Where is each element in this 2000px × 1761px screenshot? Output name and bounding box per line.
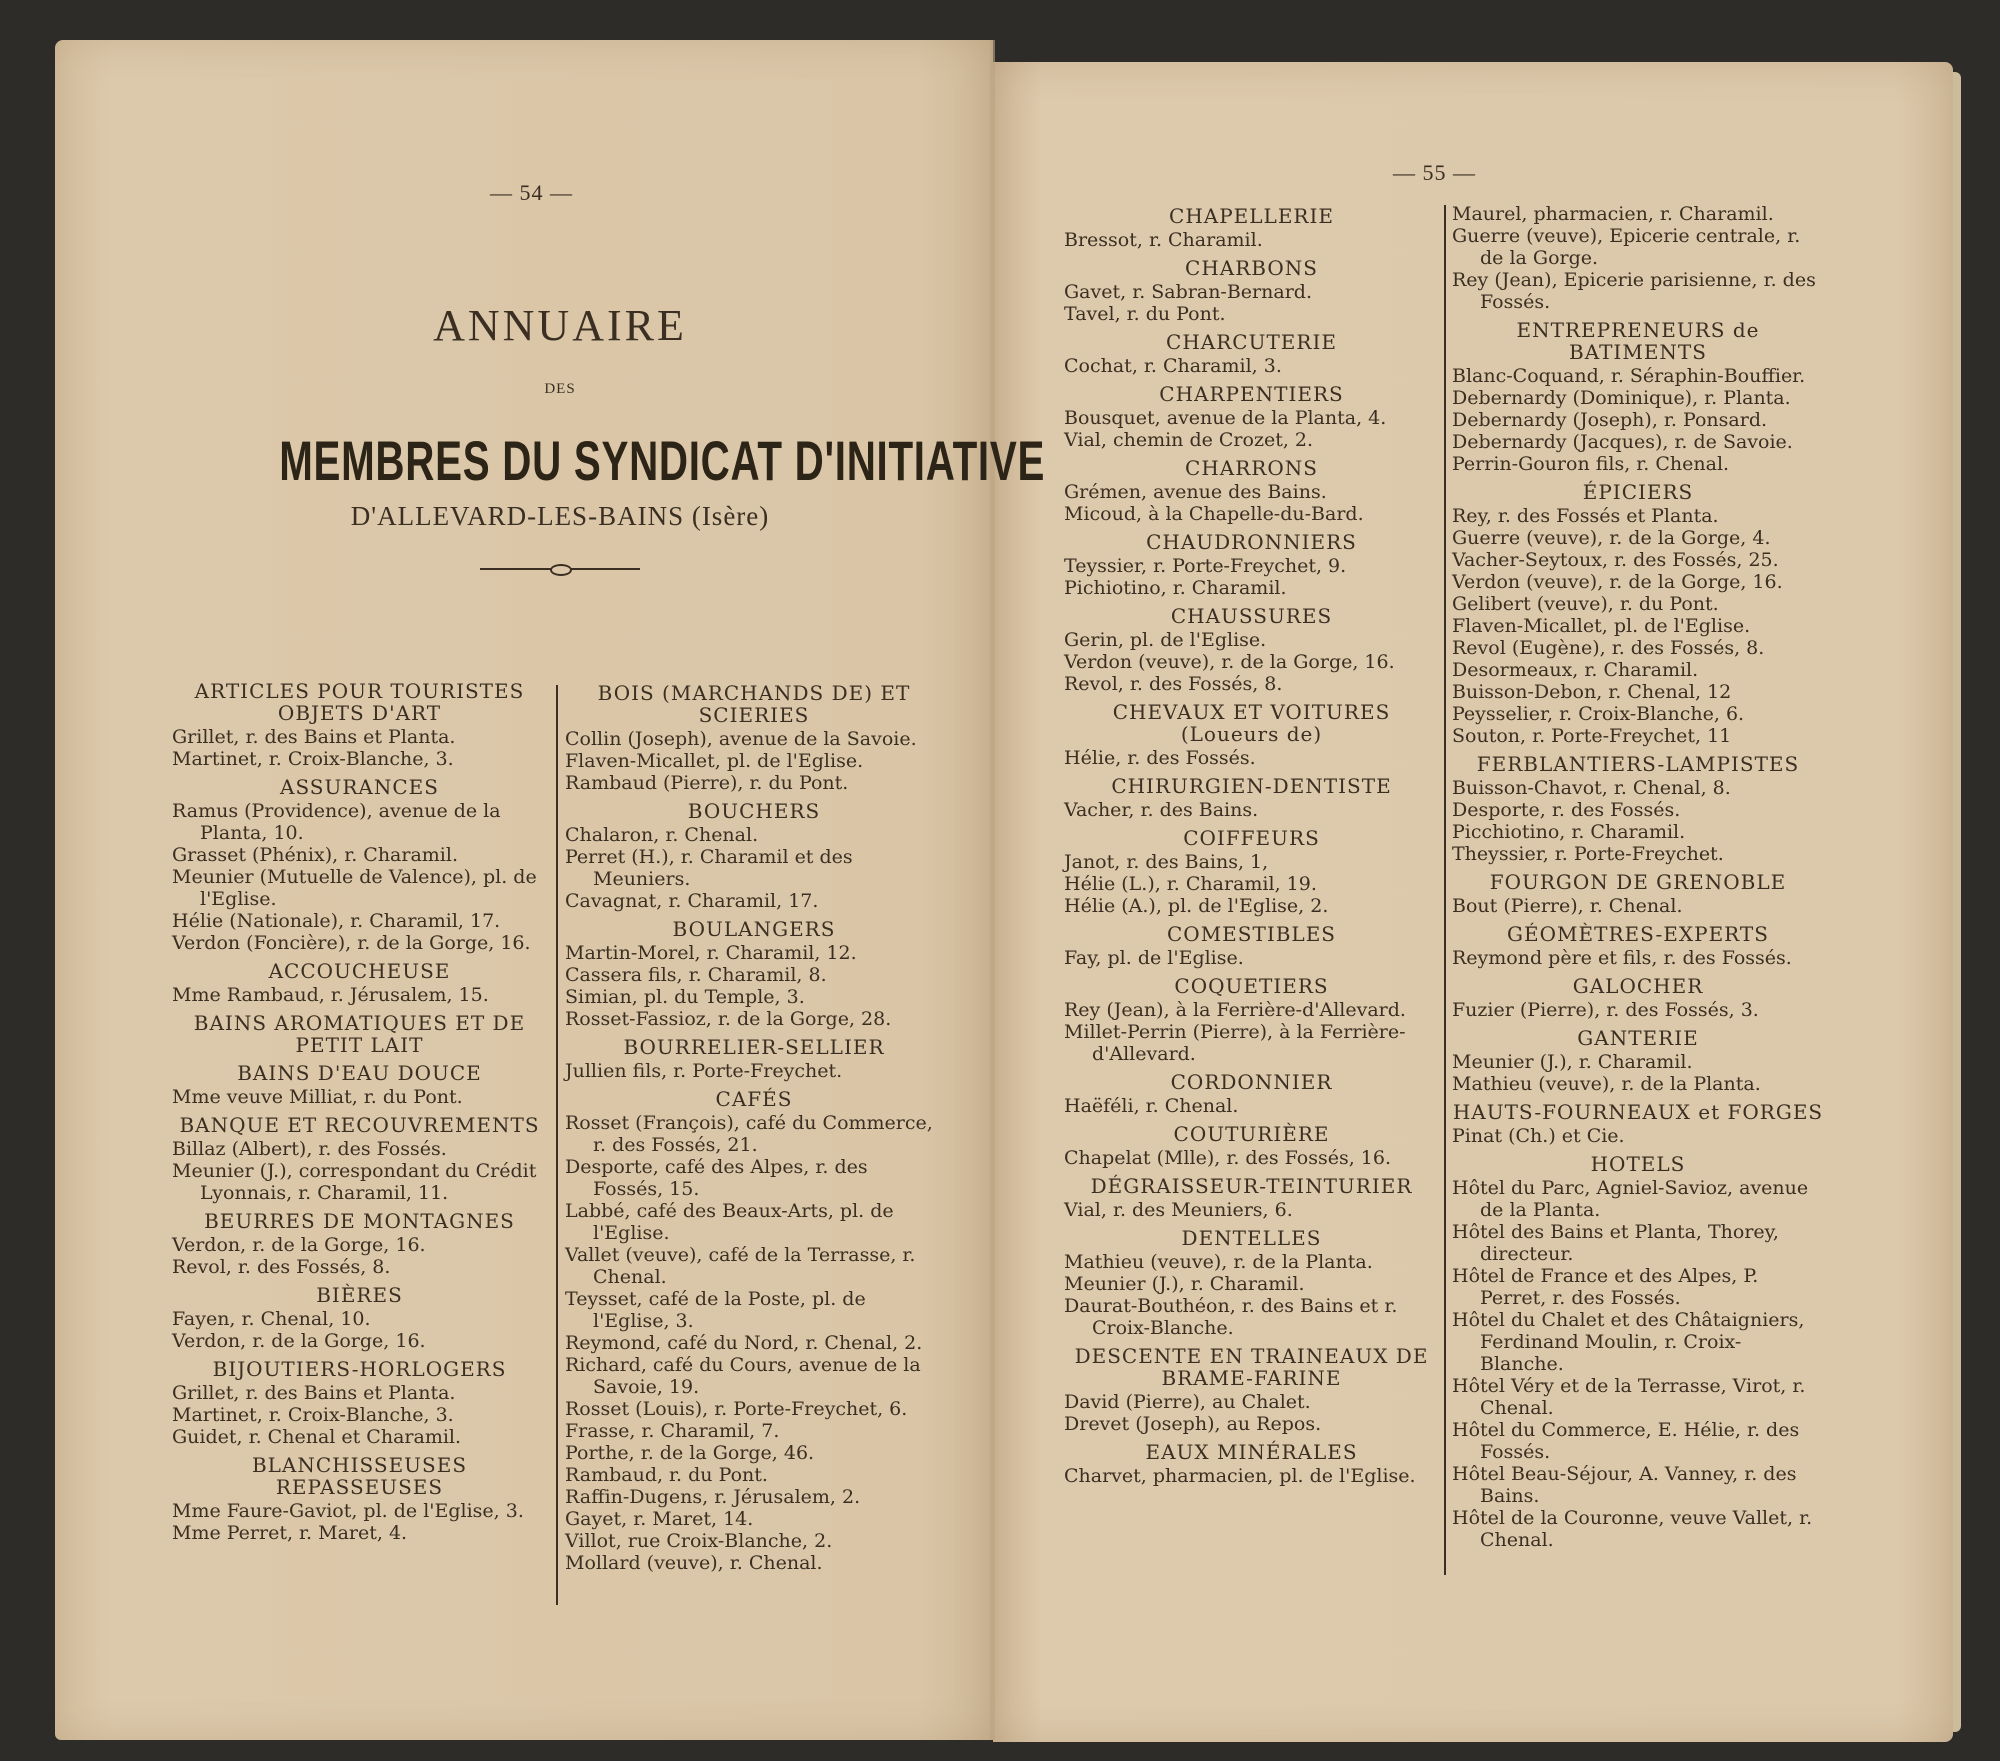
column-3: CHAPELLERIEBressot, r. Charamil.CHARBONS… [1064,205,1439,1487]
directory-section: BLANCHISSEUSES REPASSEUSESMme Faure-Gavi… [172,1454,547,1544]
directory-entry: Labbé, café des Beaux-Arts, pl. de l'Egl… [565,1200,943,1244]
directory-entry: Guerre (veuve), r. de la Gorge, 4. [1452,527,1824,549]
directory-section: CORDONNIERHaëféli, r. Chenal. [1064,1071,1439,1117]
directory-section: CHAUSSURESGerin, pl. de l'Eglise.Verdon … [1064,605,1439,695]
directory-entry: Hélie, r. des Fossés. [1064,747,1439,769]
directory-entry: Rosset (Louis), r. Porte-Freychet, 6. [565,1398,943,1420]
directory-section: CHARCUTERIECochat, r. Charamil, 3. [1064,331,1439,377]
directory-entry: Peysselier, r. Croix-Blanche, 6. [1452,703,1824,725]
title-block: ANNUAIRE DES MEMBRES DU SYNDICAT D'INITI… [170,300,950,576]
directory-entry: Millet-Perrin (Pierre), à la Ferrière-d'… [1064,1021,1439,1065]
directory-entry: Billaz (Albert), r. des Fossés. [172,1138,547,1160]
column-2: BOIS (MARCHANDS DE) ET SCIERIESCollin (J… [565,682,943,1574]
directory-entry: Guerre (veuve), Epicerie centrale, r. de… [1452,225,1824,269]
directory-section: CHARRONSGrémen, avenue des Bains.Micoud,… [1064,457,1439,525]
directory-entry: Mathieu (veuve), r. de la Planta. [1064,1251,1439,1273]
directory-entry: Meunier (J.), r. Charamil. [1064,1273,1439,1295]
directory-section: ARTICLES POUR TOURISTES OBJETS D'ARTGril… [172,680,547,770]
directory-entry: Grillet, r. des Bains et Planta. [172,726,547,748]
directory-entry: Gayet, r. Maret, 14. [565,1508,943,1530]
directory-entry: Martinet, r. Croix-Blanche, 3. [172,748,547,770]
section-heading: CHAUDRONNIERS [1064,531,1439,553]
directory-section: CAFÉSRosset (François), café du Commerce… [565,1088,943,1574]
section-heading: CHAUSSURES [1064,605,1439,627]
section-heading: CHEVAUX ET VOITURES (Loueurs de) [1064,701,1439,745]
directory-entry: Collin (Joseph), avenue de la Savoie. [565,728,943,750]
directory-entry: Mme veuve Milliat, r. du Pont. [172,1086,547,1108]
directory-entry: Hélie (L.), r. Charamil, 19. [1064,873,1439,895]
directory-entry: Janot, r. des Bains, 1, [1064,851,1439,873]
directory-entry: Hôtel des Bains et Planta, Thorey, direc… [1452,1221,1824,1265]
directory-entry: Charvet, pharmacien, pl. de l'Eglise. [1064,1465,1439,1487]
directory-entry: Hôtel de France et des Alpes, P. Perret,… [1452,1265,1824,1309]
section-heading: EAUX MINÉRALES [1064,1441,1439,1463]
directory-entry: Verdon (Foncière), r. de la Gorge, 16. [172,932,547,954]
directory-entry: Verdon, r. de la Gorge, 16. [172,1330,547,1352]
directory-entry: Haëféli, r. Chenal. [1064,1095,1439,1117]
section-heading: DENTELLES [1064,1227,1439,1249]
section-heading: CHIRURGIEN-DENTISTE [1064,775,1439,797]
directory-entry: Richard, café du Cours, avenue de la Sav… [565,1354,943,1398]
directory-entry: Rambaud (Pierre), r. du Pont. [565,772,943,794]
directory-entry: Raffin-Dugens, r. Jérusalem, 2. [565,1486,943,1508]
section-heading: COUTURIÈRE [1064,1123,1439,1145]
directory-section: HAUTS-FOURNEAUX et FORGESPinat (Ch.) et … [1452,1101,1824,1147]
directory-entry: Rosset (François), café du Commerce, r. … [565,1112,943,1156]
directory-section: BAINS D'EAU DOUCEMme veuve Milliat, r. d… [172,1062,547,1108]
column-1: ARTICLES POUR TOURISTES OBJETS D'ARTGril… [172,680,547,1544]
column-rule [1444,205,1446,1575]
page-number-right: — 55 — [1393,160,1476,186]
directory-entry: Meunier (J.), r. Charamil. [1452,1051,1824,1073]
section-heading: COMESTIBLES [1064,923,1439,945]
directory-entry: Fayen, r. Chenal, 10. [172,1308,547,1330]
section-heading: BOURRELIER-SELLIER [565,1036,943,1058]
directory-entry: Guidet, r. Chenal et Charamil. [172,1426,547,1448]
directory-entry: Hôtel Beau-Séjour, A. Vanney, r. des Bai… [1452,1463,1824,1507]
directory-section: COUTURIÈREChapelat (Mlle), r. des Fossés… [1064,1123,1439,1169]
directory-entry: Hélie (Nationale), r. Charamil, 17. [172,910,547,932]
section-heading: BAINS D'EAU DOUCE [172,1062,547,1084]
directory-entry: Rosset-Fassioz, r. de la Gorge, 28. [565,1008,943,1030]
directory-entry: Pichiotino, r. Charamil. [1064,577,1439,599]
section-heading: ÉPICIERS [1452,481,1824,503]
section-heading: CHARCUTERIE [1064,331,1439,353]
directory-entry: Meunier (Mutuelle de Valence), pl. de l'… [172,866,547,910]
directory-entry: Daurat-Bouthéon, r. des Bains et r. Croi… [1064,1295,1439,1339]
directory-section: GALOCHERFuzier (Pierre), r. des Fossés, … [1452,975,1824,1021]
directory-entry: Perrin-Gouron fils, r. Chenal. [1452,453,1824,475]
directory-section: CHARPENTIERSBousquet, avenue de la Plant… [1064,383,1439,451]
title-annuaire: ANNUAIRE [170,300,950,351]
title-subtitle: D'ALLEVARD-LES-BAINS (Isère) [170,501,950,532]
directory-entry: Vacher, r. des Bains. [1064,799,1439,821]
section-heading: CHARPENTIERS [1064,383,1439,405]
directory-entry: Debernardy (Dominique), r. Planta. [1452,387,1824,409]
section-heading: HOTELS [1452,1153,1824,1175]
directory-entry: Vial, chemin de Crozet, 2. [1064,429,1439,451]
title-des: DES [170,381,950,398]
directory-section: COIFFEURSJanot, r. des Bains, 1,Hélie (L… [1064,827,1439,917]
directory-entry: Theyssier, r. Porte-Freychet. [1452,843,1824,865]
directory-entry: Vial, r. des Meuniers, 6. [1064,1199,1439,1221]
directory-section: CHIRURGIEN-DENTISTEVacher, r. des Bains. [1064,775,1439,821]
directory-entry: Picchiotino, r. Charamil. [1452,821,1824,843]
section-heading: BOIS (MARCHANDS DE) ET SCIERIES [565,682,943,726]
directory-entry: Gavet, r. Sabran-Bernard. [1064,281,1439,303]
section-heading: DESCENTE EN TRAINEAUX DE BRAME-FARINE [1064,1345,1439,1389]
directory-entry: Desporte, café des Alpes, r. des Fossés,… [565,1156,943,1200]
directory-entry: Debernardy (Jacques), r. de Savoie. [1452,431,1824,453]
directory-entry: Drevet (Joseph), au Repos. [1064,1413,1439,1435]
directory-section: CHAUDRONNIERSTeyssier, r. Porte-Freychet… [1064,531,1439,599]
directory-entry: Rambaud, r. du Pont. [565,1464,943,1486]
section-heading: CAFÉS [565,1088,943,1110]
directory-entry: Desormeaux, r. Charamil. [1452,659,1824,681]
section-heading: CORDONNIER [1064,1071,1439,1093]
directory-entry: Buisson-Chavot, r. Chenal, 8. [1452,777,1824,799]
section-heading: BAINS AROMATIQUES ET DE PETIT LAIT [172,1012,547,1056]
directory-entry: Micoud, à la Chapelle-du-Bard. [1064,503,1439,525]
directory-entry: Simian, pl. du Temple, 3. [565,986,943,1008]
directory-entry: Grémen, avenue des Bains. [1064,481,1439,503]
section-heading: BEURRES DE MONTAGNES [172,1210,547,1232]
directory-section: FERBLANTIERS-LAMPISTESBuisson-Chavot, r.… [1452,753,1824,865]
directory-entry: Vacher-Seytoux, r. des Fossés, 25. [1452,549,1824,571]
directory-entry: Hélie (A.), pl. de l'Eglise, 2. [1064,895,1439,917]
directory-entry: Hôtel Véry et de la Terrasse, Virot, r. … [1452,1375,1824,1419]
section-heading: GALOCHER [1452,975,1824,997]
directory-entry: Gerin, pl. de l'Eglise. [1064,629,1439,651]
directory-section: BIJOUTIERS-HORLOGERSGrillet, r. des Bain… [172,1358,547,1448]
directory-entry: Bressot, r. Charamil. [1064,229,1439,251]
section-heading: BIÈRES [172,1284,547,1306]
section-heading: ACCOUCHEUSE [172,960,547,982]
directory-section: HOTELSHôtel du Parc, Agniel-Savioz, aven… [1452,1153,1824,1551]
directory-entry: Hôtel de la Couronne, veuve Vallet, r. C… [1452,1507,1824,1551]
directory-section: CHAPELLERIEBressot, r. Charamil. [1064,205,1439,251]
section-heading: GANTERIE [1452,1027,1824,1049]
column-4: Maurel, pharmacien, r. Charamil.Guerre (… [1452,203,1824,1551]
section-heading: COQUETIERS [1064,975,1439,997]
directory-entry: Chapelat (Mlle), r. des Fossés, 16. [1064,1147,1439,1169]
directory-entry: Teyssier, r. Porte-Freychet, 9. [1064,555,1439,577]
directory-entry: Teysset, café de la Poste, pl. de l'Egli… [565,1288,943,1332]
directory-section: BOULANGERSMartin-Morel, r. Charamil, 12.… [565,918,943,1030]
directory-entry: Bousquet, avenue de la Planta, 4. [1064,407,1439,429]
section-heading: CHARRONS [1064,457,1439,479]
directory-entry: Hôtel du Parc, Agniel-Savioz, avenue de … [1452,1177,1824,1221]
directory-entry: Jullien fils, r. Porte-Freychet. [565,1060,943,1082]
directory-entry: Cochat, r. Charamil, 3. [1064,355,1439,377]
section-heading: HAUTS-FOURNEAUX et FORGES [1452,1101,1824,1123]
directory-entry: Cassera fils, r. Charamil, 8. [565,964,943,986]
directory-entry: Pinat (Ch.) et Cie. [1452,1125,1824,1147]
directory-section: EAUX MINÉRALESCharvet, pharmacien, pl. d… [1064,1441,1439,1487]
section-heading: FOURGON DE GRENOBLE [1452,871,1824,893]
directory-section: CHARBONSGavet, r. Sabran-Bernard.Tavel, … [1064,257,1439,325]
directory-entry: Villot, rue Croix-Blanche, 2. [565,1530,943,1552]
directory-entry: David (Pierre), au Chalet. [1064,1391,1439,1413]
directory-section: FOURGON DE GRENOBLEBout (Pierre), r. Che… [1452,871,1824,917]
directory-entry: Rey (Jean), Epicerie parisienne, r. des … [1452,269,1824,313]
section-heading: CHAPELLERIE [1064,205,1439,227]
directory-entry: Martin-Morel, r. Charamil, 12. [565,942,943,964]
directory-section: BOIS (MARCHANDS DE) ET SCIERIESCollin (J… [565,682,943,794]
directory-entry: Buisson-Debon, r. Chenal, 12 [1452,681,1824,703]
directory-section: COQUETIERSRey (Jean), à la Ferrière-d'Al… [1064,975,1439,1065]
section-heading: ASSURANCES [172,776,547,798]
directory-entry: Gelibert (veuve), r. du Pont. [1452,593,1824,615]
directory-entry: Rey (Jean), à la Ferrière-d'Allevard. [1064,999,1439,1021]
directory-section: ASSURANCESRamus (Providence), avenue de … [172,776,547,954]
section-heading: ARTICLES POUR TOURISTES OBJETS D'ART [172,680,547,724]
directory-entry: Maurel, pharmacien, r. Charamil. [1452,203,1824,225]
directory-entry: Hôtel du Commerce, E. Hélie, r. des Foss… [1452,1419,1824,1463]
directory-entry: Revol, r. des Fossés, 8. [172,1256,547,1278]
directory-entry: Desporte, r. des Fossés. [1452,799,1824,821]
directory-section: CHEVAUX ET VOITURES (Loueurs de)Hélie, r… [1064,701,1439,769]
directory-section: DENTELLESMathieu (veuve), r. de la Plant… [1064,1227,1439,1339]
section-heading: BOUCHERS [565,800,943,822]
section-heading: BLANCHISSEUSES REPASSEUSES [172,1454,547,1498]
book-spine [990,40,995,1740]
directory-entry: Martinet, r. Croix-Blanche, 3. [172,1404,547,1426]
directory-entry: Mme Faure-Gaviot, pl. de l'Eglise, 3. [172,1500,547,1522]
directory-section: ÉPICIERSRey, r. des Fossés et Planta.Gue… [1452,481,1824,747]
ornament-divider [480,562,640,576]
directory-section: BOURRELIER-SELLIERJullien fils, r. Porte… [565,1036,943,1082]
directory-entry: Bout (Pierre), r. Chenal. [1452,895,1824,917]
directory-entry: Souton, r. Porte-Freychet, 11 [1452,725,1824,747]
section-heading: BANQUE ET RECOUVREMENTS [172,1114,547,1136]
title-main: MEMBRES DU SYNDICAT D'INITIATIVE [279,428,841,493]
directory-entry: Verdon, r. de la Gorge, 16. [172,1234,547,1256]
directory-entry: Mme Rambaud, r. Jérusalem, 15. [172,984,547,1006]
section-heading: BOULANGERS [565,918,943,940]
directory-entry: Revol (Eugène), r. des Fossés, 8. [1452,637,1824,659]
directory-entry: Grasset (Phénix), r. Charamil. [172,844,547,866]
directory-section: BOUCHERSChalaron, r. Chenal.Perret (H.),… [565,800,943,912]
directory-entry: Frasse, r. Charamil, 7. [565,1420,943,1442]
directory-entry: Blanc-Coquand, r. Séraphin-Bouffier. [1452,365,1824,387]
directory-entry: Fuzier (Pierre), r. des Fossés, 3. [1452,999,1824,1021]
directory-entry: Fay, pl. de l'Eglise. [1064,947,1439,969]
directory-entry: Rey, r. des Fossés et Planta. [1452,505,1824,527]
directory-section: GÉOMÈTRES-EXPERTSReymond père et fils, r… [1452,923,1824,969]
directory-entry: Cavagnat, r. Charamil, 17. [565,890,943,912]
directory-section: Maurel, pharmacien, r. Charamil.Guerre (… [1452,203,1824,313]
directory-section: BIÈRESFayen, r. Chenal, 10.Verdon, r. de… [172,1284,547,1352]
directory-entry: Hôtel du Chalet et des Châtaigniers, Fer… [1452,1309,1824,1375]
directory-entry: Mollard (veuve), r. Chenal. [565,1552,943,1574]
directory-entry: Revol, r. des Fossés, 8. [1064,673,1439,695]
directory-entry: Chalaron, r. Chenal. [565,824,943,846]
directory-section: BANQUE ET RECOUVREMENTSBillaz (Albert), … [172,1114,547,1204]
directory-entry: Vallet (veuve), café de la Terrasse, r. … [565,1244,943,1288]
section-heading: GÉOMÈTRES-EXPERTS [1452,923,1824,945]
directory-entry: Porthe, r. de la Gorge, 46. [565,1442,943,1464]
directory-entry: Grillet, r. des Bains et Planta. [172,1382,547,1404]
directory-entry: Flaven-Micallet, pl. de l'Eglise. [565,750,943,772]
directory-entry: Meunier (J.), correspondant du Crédit Ly… [172,1160,547,1204]
section-heading: BIJOUTIERS-HORLOGERS [172,1358,547,1380]
directory-section: BEURRES DE MONTAGNESVerdon, r. de la Gor… [172,1210,547,1278]
directory-entry: Flaven-Micallet, pl. de l'Eglise. [1452,615,1824,637]
directory-entry: Verdon (veuve), r. de la Gorge, 16. [1064,651,1439,673]
directory-entry: Verdon (veuve), r. de la Gorge, 16. [1452,571,1824,593]
directory-section: COMESTIBLESFay, pl. de l'Eglise. [1064,923,1439,969]
directory-entry: Reymond père et fils, r. des Fossés. [1452,947,1824,969]
section-heading: ENTREPRENEURS de BATIMENTS [1452,319,1824,363]
directory-entry: Reymond, café du Nord, r. Chenal, 2. [565,1332,943,1354]
directory-entry: Mme Perret, r. Maret, 4. [172,1522,547,1544]
column-rule [556,685,558,1605]
page-edge [1953,72,1961,1732]
section-heading: DÉGRAISSEUR-TEINTURIER [1064,1175,1439,1197]
section-heading: CHARBONS [1064,257,1439,279]
page-number-left: — 54 — [490,180,573,206]
directory-entry: Perret (H.), r. Charamil et des Meuniers… [565,846,943,890]
directory-section: ENTREPRENEURS de BATIMENTSBlanc-Coquand,… [1452,319,1824,475]
directory-section: ACCOUCHEUSEMme Rambaud, r. Jérusalem, 15… [172,960,547,1006]
directory-section: BAINS AROMATIQUES ET DE PETIT LAIT [172,1012,547,1056]
directory-entry: Debernardy (Joseph), r. Ponsard. [1452,409,1824,431]
directory-section: GANTERIEMeunier (J.), r. Charamil.Mathie… [1452,1027,1824,1095]
section-heading: COIFFEURS [1064,827,1439,849]
directory-entry: Tavel, r. du Pont. [1064,303,1439,325]
section-heading: FERBLANTIERS-LAMPISTES [1452,753,1824,775]
directory-section: DESCENTE EN TRAINEAUX DE BRAME-FARINEDav… [1064,1345,1439,1435]
directory-entry: Mathieu (veuve), r. de la Planta. [1452,1073,1824,1095]
directory-entry: Ramus (Providence), avenue de la Planta,… [172,800,547,844]
directory-section: DÉGRAISSEUR-TEINTURIERVial, r. des Meuni… [1064,1175,1439,1221]
